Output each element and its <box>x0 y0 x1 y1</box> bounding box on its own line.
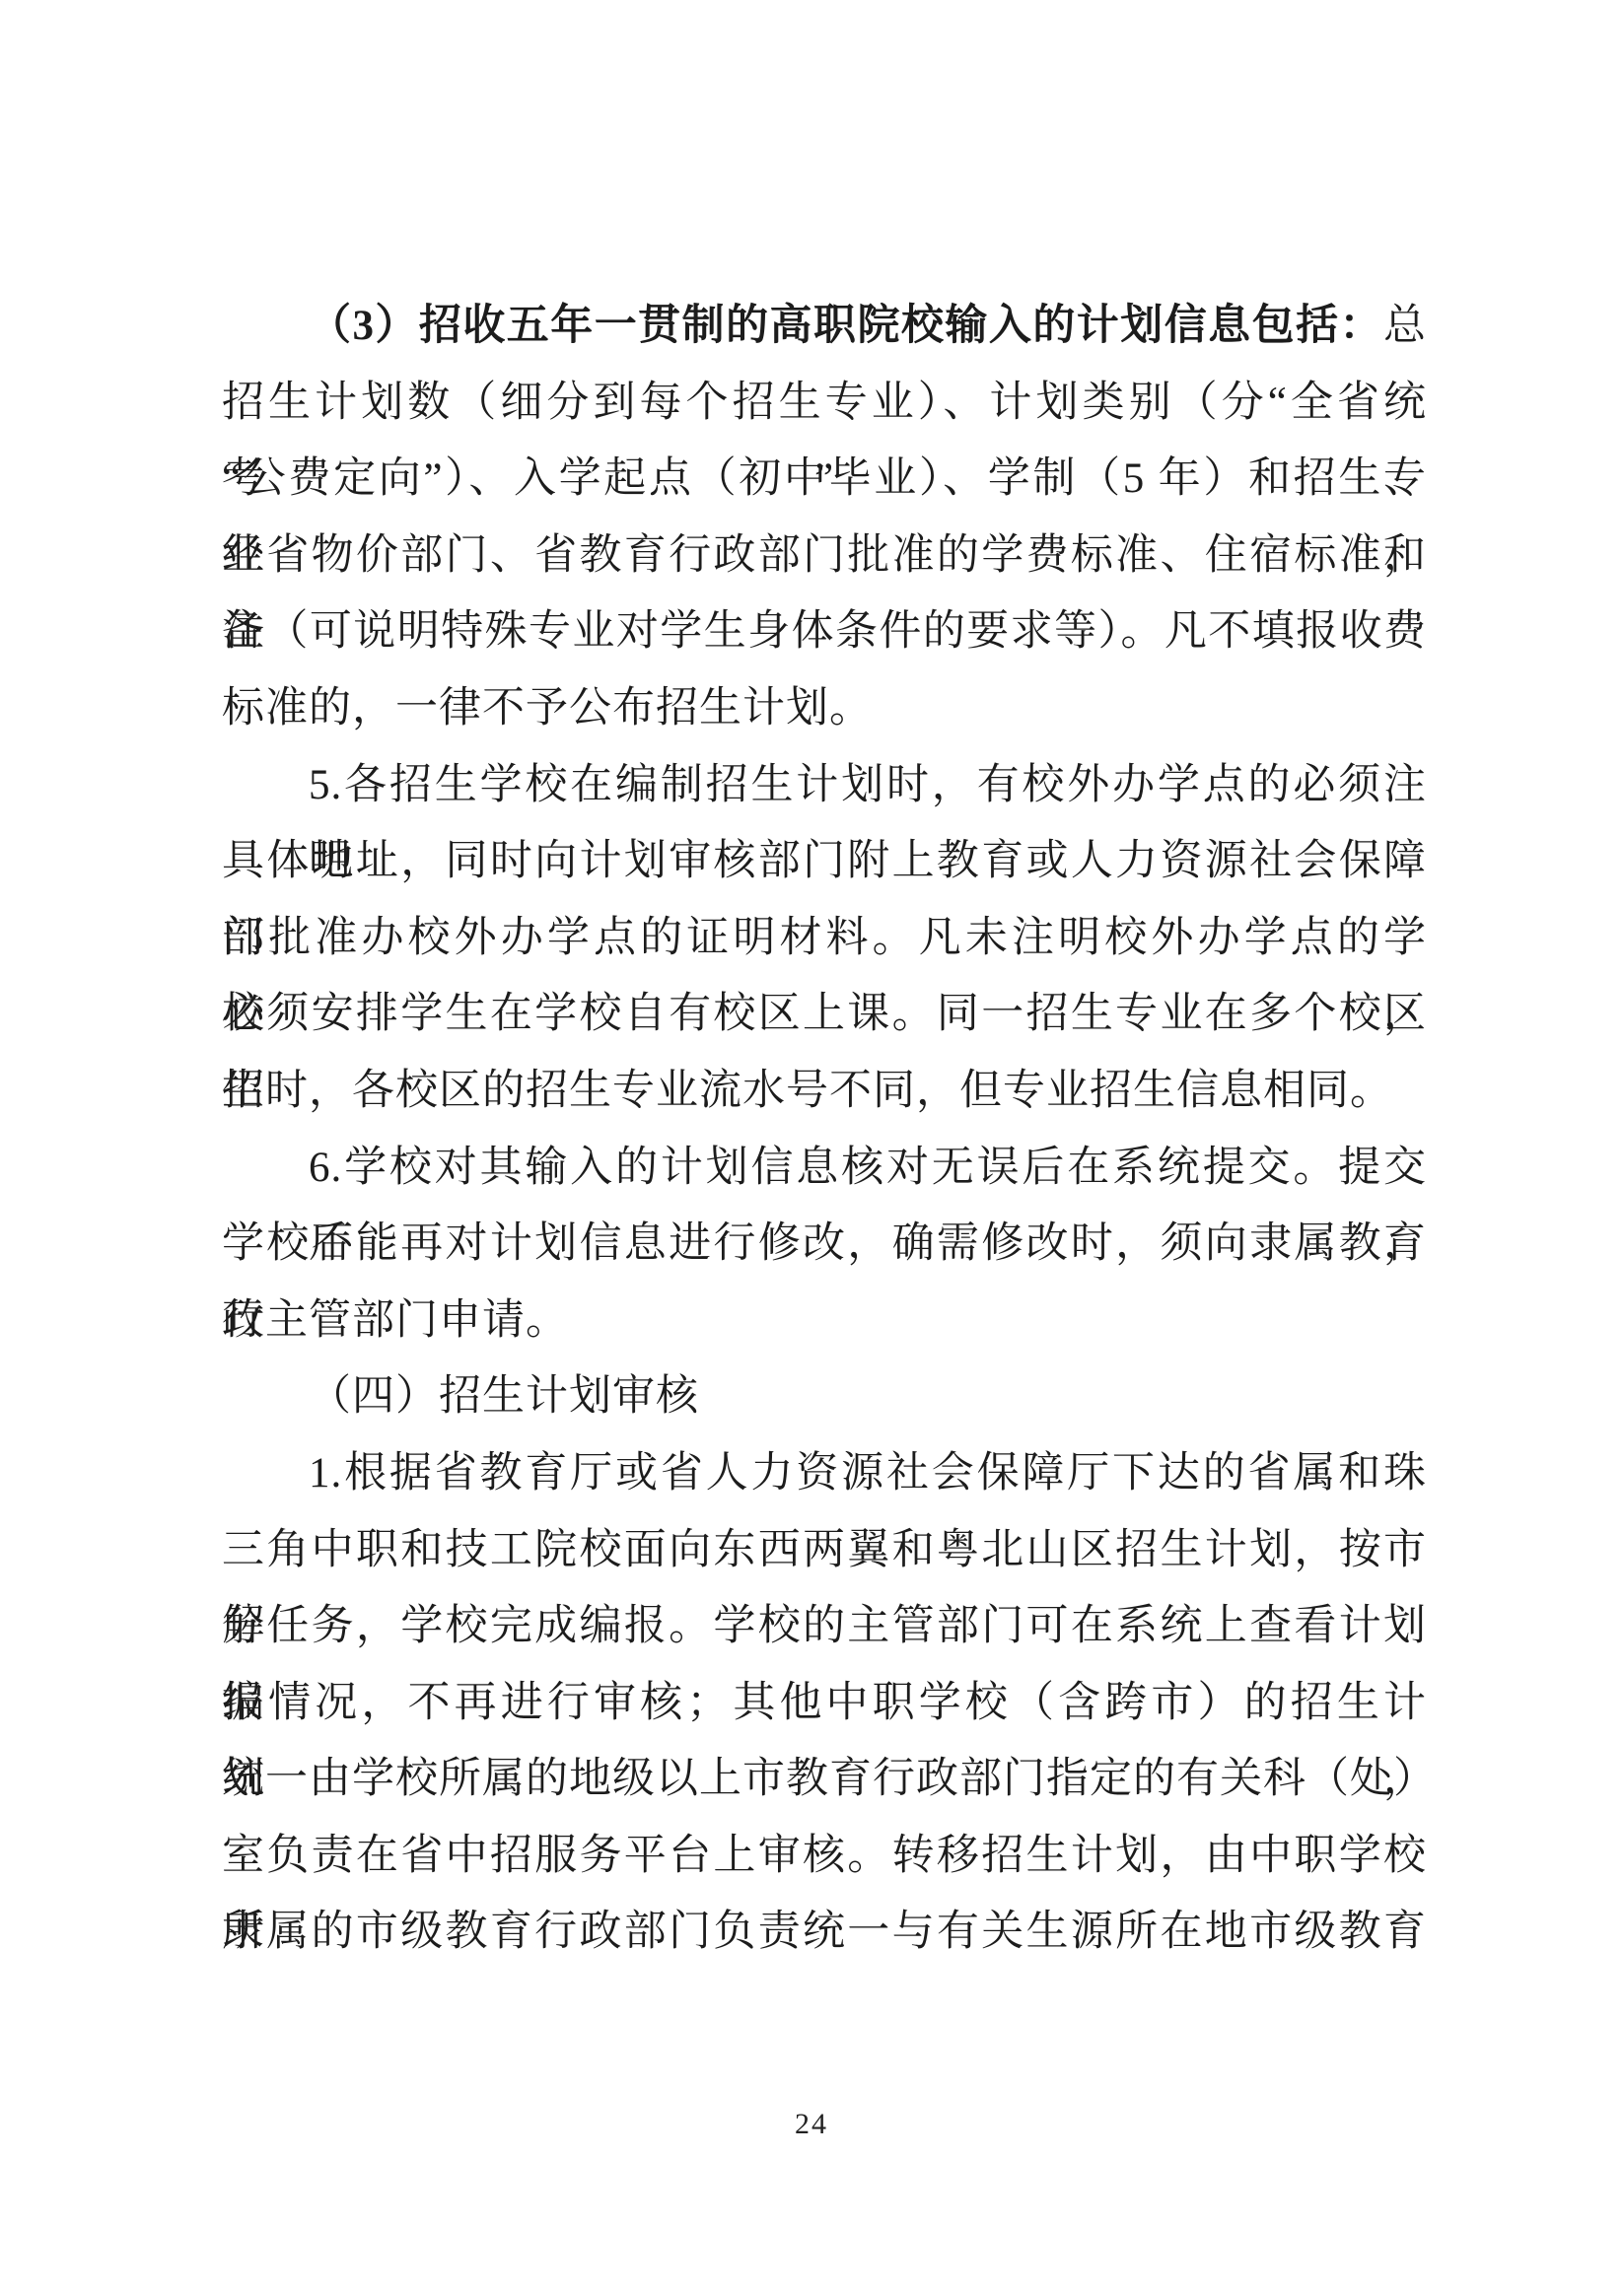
text-line: 三角中职和技工院校面向东西两翼和粤北山区招生计划，按市分 <box>222 1512 1427 1589</box>
text-line: 报情况，不再进行审核；其他中职学校（含跨市）的招生计划， <box>222 1665 1427 1742</box>
text-line: 室负责在省中招服务平台上审核。转移招生计划，由中职学校所 <box>222 1818 1427 1895</box>
text-run: 政主管部门申请。 <box>222 1297 569 1344</box>
text-line: 招生计划数（细分到每个招生专业）、计划类别（分“全省统考”、 <box>222 365 1427 442</box>
text-run: 注（可说明特殊专业对学生身体条件的要求等）。凡不填报收费 <box>222 608 1427 655</box>
text-line: 具体地址，同时向计划审核部门附上教育或人力资源社会保障部 <box>222 823 1427 900</box>
text-run: 1.根据省教育厅或省人力资源社会保障厅下达的省属和珠 <box>309 1450 1427 1496</box>
text-line: 5.各招生学校在编制招生计划时，有校外办学点的必须注明 <box>222 747 1427 824</box>
document-page: （3）招收五年一贯制的高职院校输入的计划信息包括：总招生计划数（细分到每个招生专… <box>0 0 1623 2296</box>
text-run: （四）招生计划审核 <box>309 1373 699 1420</box>
page-number: 24 <box>0 2108 1623 2141</box>
text-run: 统一由学校所属的地级以上市教育行政部门指定的有关科（处） <box>222 1756 1437 1802</box>
text-run: 总 <box>1383 303 1427 349</box>
text-line: “公费定向”）、入学起点（初中毕业）、学制（5 年）和招生专业， <box>222 441 1427 518</box>
text-run: 隶属的市级教育行政部门负责统一与有关生源所在地市级教育 <box>222 1909 1427 1955</box>
text-line: 1.根据省教育厅或省人力资源社会保障厅下达的省属和珠 <box>222 1435 1427 1512</box>
document-lines: （3）招收五年一贯制的高职院校输入的计划信息包括：总招生计划数（细分到每个招生专… <box>222 288 1427 1971</box>
text-line: 必须安排学生在学校自有校区上课。同一招生专业在多个校区招 <box>222 976 1427 1053</box>
text-line: 经省物价部门、省教育行政部门批准的学费标准、住宿标准和备 <box>222 518 1427 594</box>
text-line: 注（可说明特殊专业对学生身体条件的要求等）。凡不填报收费 <box>222 593 1427 670</box>
text-line: 生时，各校区的招生专业流水号不同，但专业招生信息相同。 <box>222 1053 1427 1130</box>
text-line: 门批准办校外办学点的证明材料。凡未注明校外办学点的学校， <box>222 900 1427 977</box>
text-run: 标准的，一律不予公布招生计划。 <box>222 685 873 731</box>
text-line: 隶属的市级教育行政部门负责统一与有关生源所在地市级教育 <box>222 1894 1427 1971</box>
text-line: 学校不能再对计划信息进行修改，确需修改时，须向隶属教育行 <box>222 1206 1427 1283</box>
text-line: （四）招生计划审核 <box>222 1358 1427 1435</box>
text-run: 生时，各校区的招生专业流水号不同，但专业招生信息相同。 <box>222 1068 1393 1114</box>
text-line: 解任务，学校完成编报。学校的主管部门可在系统上查看计划编 <box>222 1588 1427 1665</box>
text-line: 标准的，一律不予公布招生计划。 <box>222 670 1427 747</box>
text-line: 统一由学校所属的地级以上市教育行政部门指定的有关科（处） <box>222 1741 1427 1818</box>
text-line: 政主管部门申请。 <box>222 1283 1427 1359</box>
heading-run: （3）招收五年一贯制的高职院校输入的计划信息包括： <box>309 303 1383 349</box>
text-line: 6.学校对其输入的计划信息核对无误后在系统提交。提交后， <box>222 1130 1427 1207</box>
text-line: （3）招收五年一贯制的高职院校输入的计划信息包括：总 <box>222 288 1427 365</box>
